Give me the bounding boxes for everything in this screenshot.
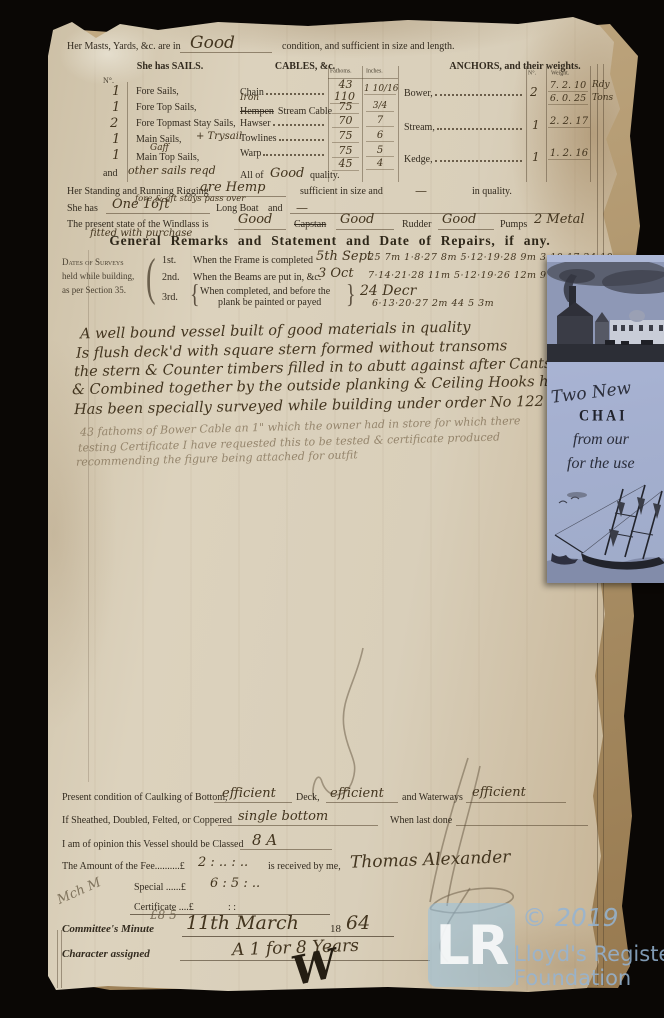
card-line-2: for the use xyxy=(567,455,635,473)
watermark-org-line2: Foundation xyxy=(514,966,631,990)
fee-post: is received by me, xyxy=(268,861,341,872)
watermark-org-line1: Lloyd's Register xyxy=(514,942,664,966)
lr-logo-glyph: LR xyxy=(436,914,508,977)
committee-minute-label: Committee's Minute xyxy=(62,923,154,935)
fee-value: 2 : .. : .. xyxy=(198,855,248,870)
caulking-deck-value: efficient xyxy=(330,786,384,801)
committee-minute-underline xyxy=(182,936,394,937)
sheathed-pre: If Sheathed, Doubled, Felted, or Coppere… xyxy=(62,815,232,826)
caulking-deck-label: Deck, xyxy=(296,792,320,803)
caulking-bottom-value: efficient xyxy=(222,786,276,801)
factory-engraving xyxy=(547,262,664,362)
watermark-copyright: © 2019 xyxy=(522,903,619,932)
caulking-blank-3 xyxy=(466,802,566,803)
fee-pre: The Amount of the Fee..........£ xyxy=(62,861,185,872)
committee-minute-18: 18 xyxy=(330,923,341,935)
pencil-squiggle xyxy=(313,648,363,800)
when-last-done-label: When last done xyxy=(390,815,452,826)
committee-minute-year: 64 xyxy=(346,912,370,934)
sheathed-value: single bottom xyxy=(238,809,328,824)
scanned-survey-document: Her Masts, Yards, &c. are in Good condit… xyxy=(0,0,664,1018)
blue-advert-card: Two New CHAI from our for the use xyxy=(547,255,664,583)
sheathed-blank-1 xyxy=(218,825,378,826)
card-hand-line: Two New xyxy=(550,378,632,408)
caulking-blank-2 xyxy=(326,802,398,803)
special-fee-value: 6 : 5 : .. xyxy=(210,876,260,891)
ship-engraving xyxy=(547,483,664,583)
when-last-done-blank xyxy=(456,825,588,826)
caulking-waterways-value: efficient xyxy=(472,785,526,800)
card-title: CHAI xyxy=(579,408,628,426)
caulking-pre: Present condition of Caulking of Bottom, xyxy=(62,792,228,803)
committee-minute-date: 11th March xyxy=(186,912,299,934)
classed-blank xyxy=(240,849,332,850)
caulking-waterways-label: and Waterways xyxy=(402,792,463,803)
character-assigned-label: Character assigned xyxy=(62,948,150,960)
caulking-blank-1 xyxy=(214,802,292,803)
special-fee-pre: Special ......£ xyxy=(134,882,186,893)
classed-value: 8 A xyxy=(252,831,277,849)
classed-pre: I am of opinion this Vessel should be Cl… xyxy=(62,839,243,850)
pencil-stroke-1 xyxy=(430,758,468,902)
ink-flourish-mark: W xyxy=(288,940,342,995)
certificate-pencil-note: £8 5 xyxy=(150,908,177,922)
lloyds-register-logo: LR xyxy=(428,903,515,987)
card-line-1: from our xyxy=(573,431,629,449)
